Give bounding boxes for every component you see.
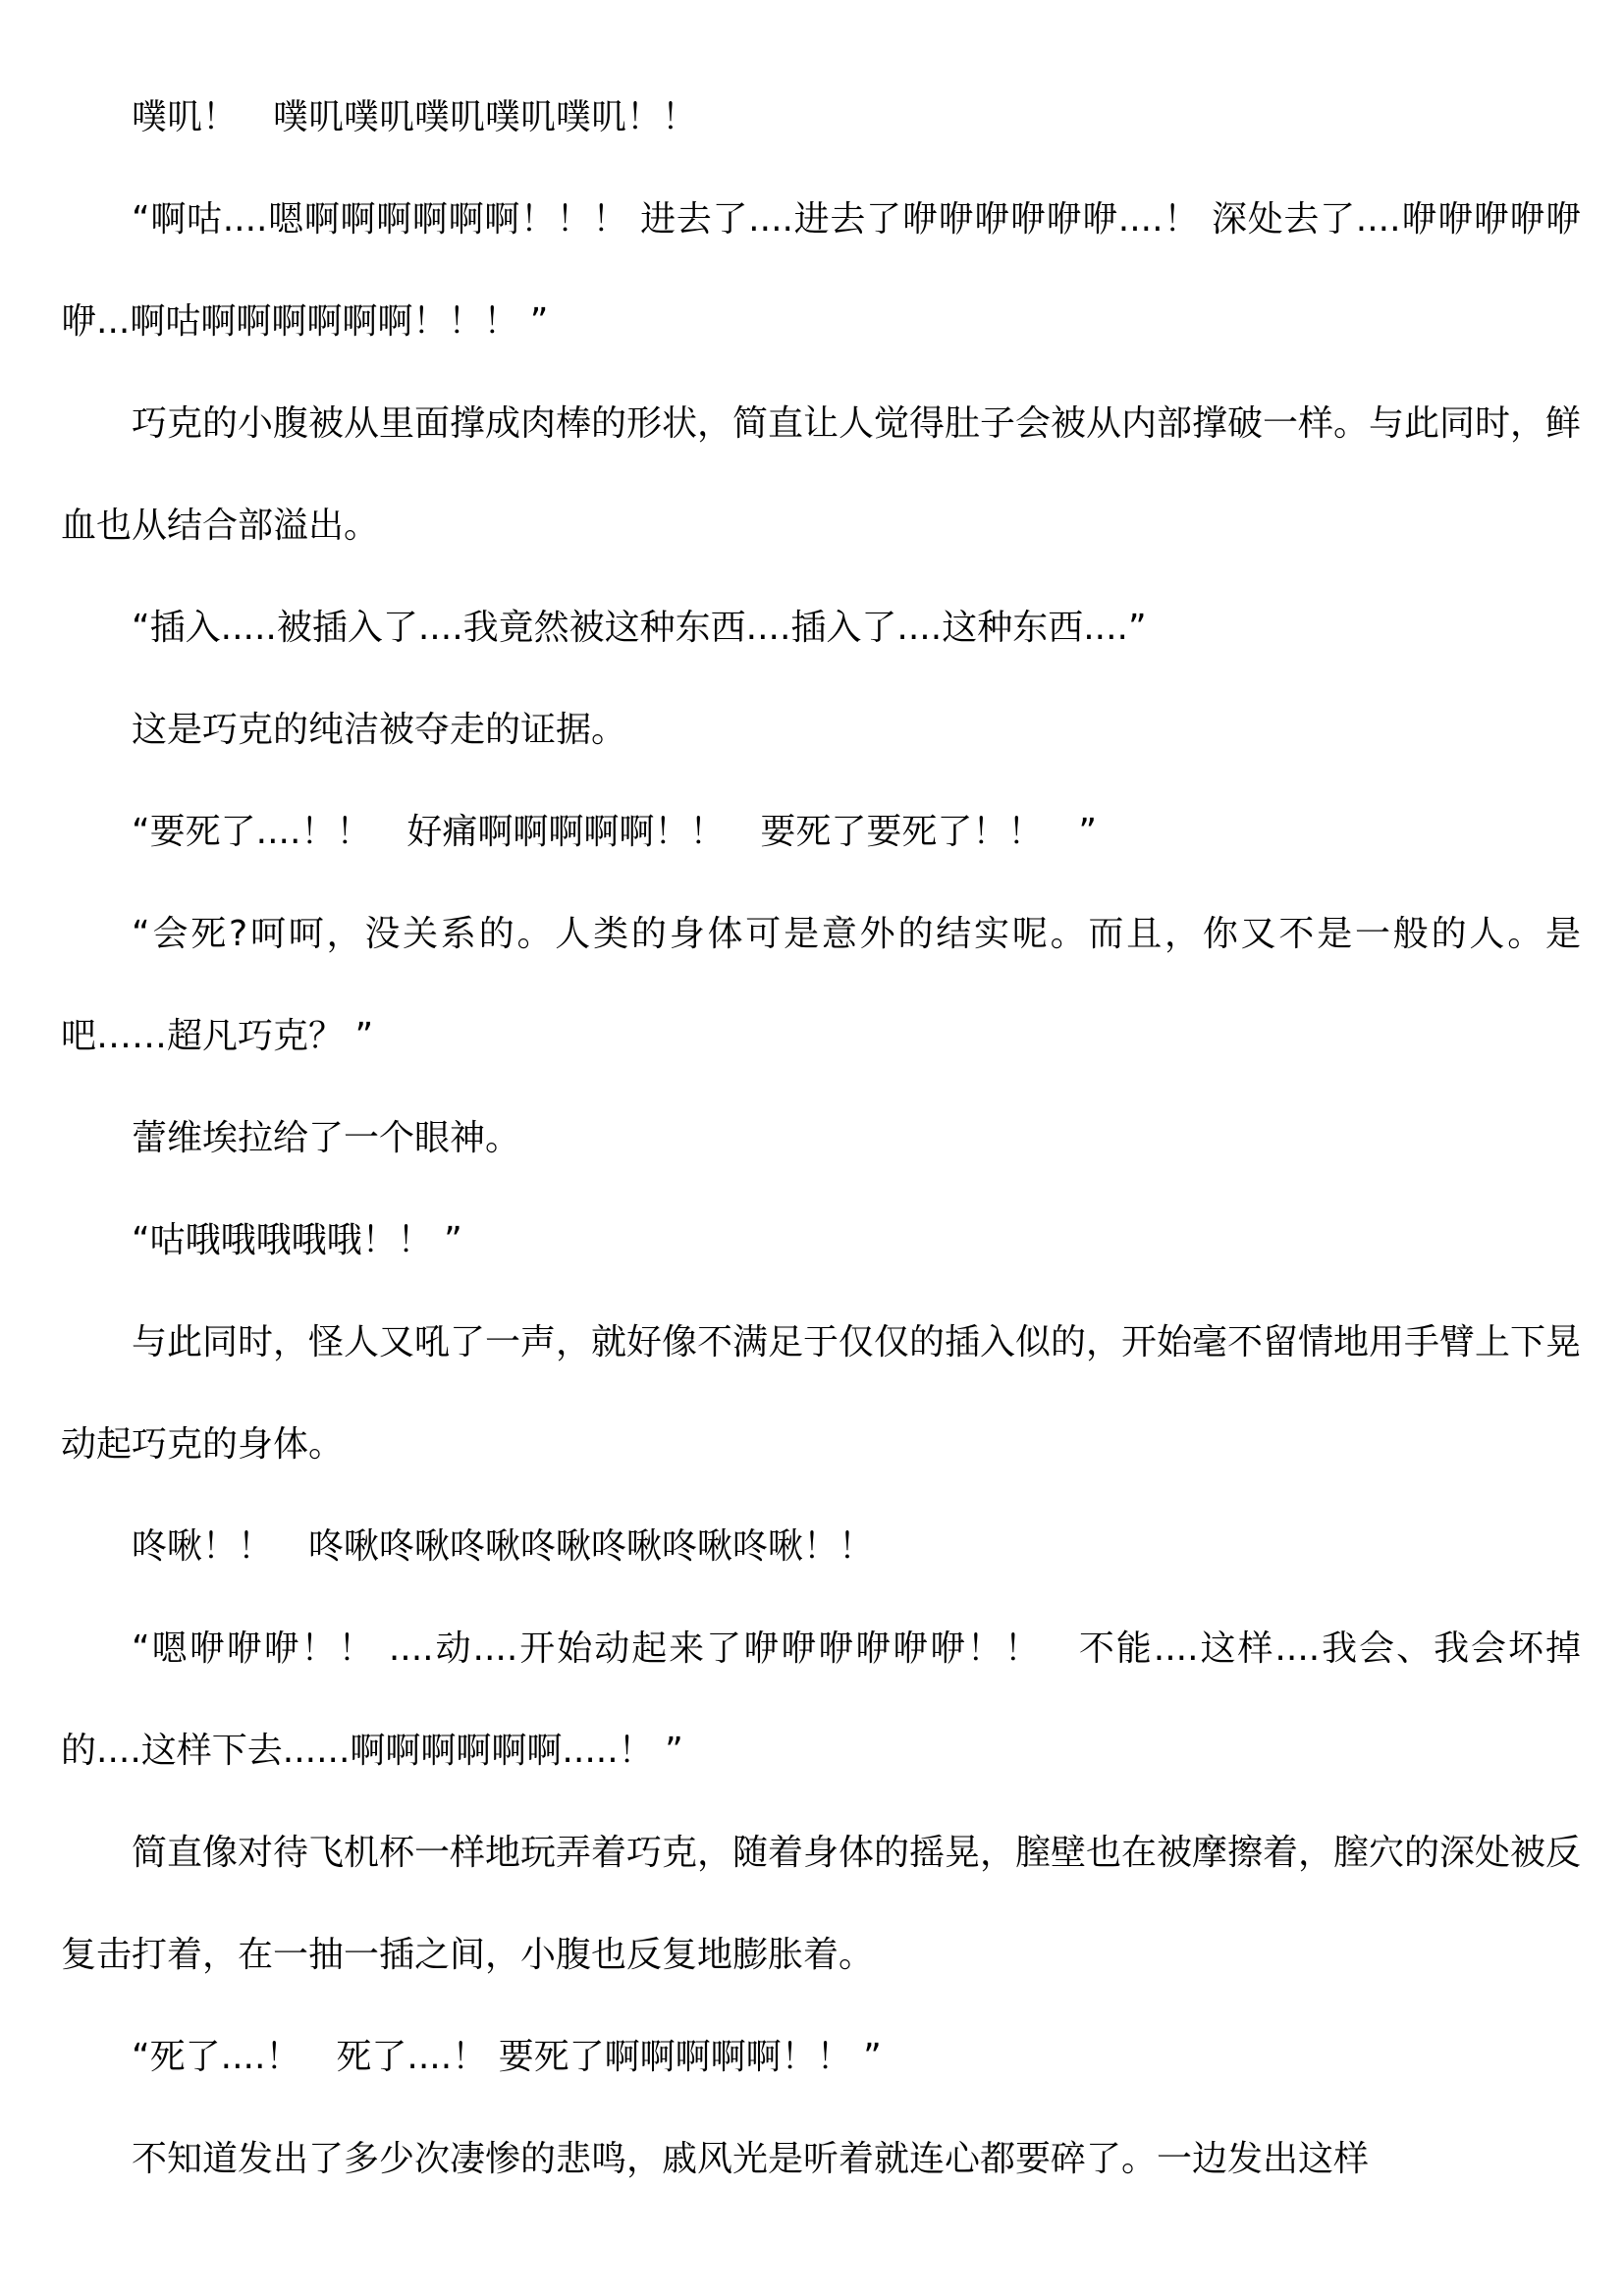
paragraph: “会死?呵呵，没关系的。人类的身体可是意外的结实呢。而且，你又不是一般的人。是吧… — [61, 883, 1581, 1088]
paragraph: 噗叽！ 噗叽噗叽噗叽噗叽噗叽！！ — [61, 67, 1581, 169]
paragraph: “咕哦哦哦哦哦！！ ” — [61, 1190, 1581, 1292]
paragraph: 这是巧克的纯洁被夺走的证据。 — [61, 679, 1581, 781]
paragraph: 不知道发出了多少次凄惨的悲鸣，戚风光是听着就连心都要碎了。一边发出这样 — [61, 2109, 1581, 2211]
document-body: 噗叽！ 噗叽噗叽噗叽噗叽噗叽！！“啊咕....嗯啊啊啊啊啊啊！！！ 进去了...… — [61, 67, 1581, 2211]
paragraph: 与此同时，怪人又吼了一声，就好像不满足于仅仅的插入似的，开始毫不留情地用手臂上下… — [61, 1292, 1581, 1496]
paragraph: 巧克的小腹被从里面撑成肉棒的形状，简直让人觉得肚子会被从内部撑破一样。与此同时，… — [61, 373, 1581, 577]
paragraph: “嗯咿咿咿！！ ....动....开始动起来了咿咿咿咿咿咿！！ 不能....这样… — [61, 1598, 1581, 1802]
paragraph: “死了....！ 死了....！ 要死了啊啊啊啊啊！！ ” — [61, 2006, 1581, 2109]
paragraph: 蕾维埃拉给了一个眼神。 — [61, 1088, 1581, 1190]
document-page: 噗叽！ 噗叽噗叽噗叽噗叽噗叽！！“啊咕....嗯啊啊啊啊啊啊！！！ 进去了...… — [0, 0, 1624, 2296]
paragraph: “插入.....被插入了....我竟然被这种东西....插入了....这种东西.… — [61, 577, 1581, 679]
paragraph: “啊咕....嗯啊啊啊啊啊啊！！！ 进去了....进去了咿咿咿咿咿咿....！ … — [61, 169, 1581, 373]
paragraph: “要死了....！！ 好痛啊啊啊啊啊！！ 要死了要死了！！ ” — [61, 781, 1581, 883]
paragraph: 咚啾！！ 咚啾咚啾咚啾咚啾咚啾咚啾咚啾！！ — [61, 1496, 1581, 1598]
paragraph: 简直像对待飞机杯一样地玩弄着巧克，随着身体的摇晃，膣壁也在被摩擦着，膣穴的深处被… — [61, 1802, 1581, 2006]
